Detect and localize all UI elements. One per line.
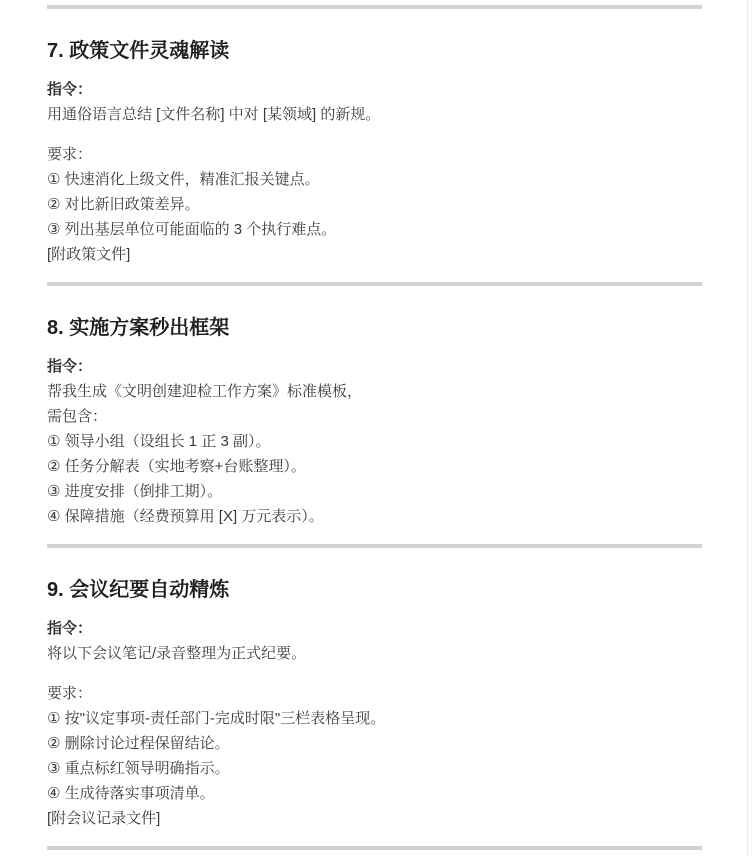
directive-label: 指令：: [47, 354, 702, 379]
requirements-paragraph: 要求： ① 按"议定事项-责任部门-完成时限"三栏表格呈现。 ② 删除讨论过程保…: [47, 681, 702, 831]
requirements-paragraph: 要求： ① 快速消化上级文件，精准汇报关键点。 ② 对比新旧政策差异。 ③ 列出…: [47, 142, 702, 267]
directive-label: 指令：: [47, 616, 702, 641]
directive-paragraph: 指令： 将以下会议笔记/录音整理为正式纪要。: [47, 616, 702, 666]
directive-line: 用通俗语言总结 [文件名称] 中对 [某领域] 的新规。: [47, 102, 702, 127]
section-8: 8. 实施方案秒出框架 指令： 帮我生成《文明创建迎检工作方案》标准模板， 需包…: [47, 316, 702, 529]
requirement-item: ② 删除讨论过程保留结论。: [47, 731, 702, 756]
requirement-item: ③ 列出基层单位可能面临的 3 个执行难点。: [47, 217, 702, 242]
requirement-item: ② 对比新旧政策差异。: [47, 192, 702, 217]
requirement-item: ① 快速消化上级文件，精准汇报关键点。: [47, 167, 702, 192]
directive-paragraph: 指令： 帮我生成《文明创建迎检工作方案》标准模板， 需包含： ① 领导小组（设组…: [47, 354, 702, 529]
attachment-note: [附政策文件]: [47, 242, 702, 267]
section-7: 7. 政策文件灵魂解读 指令： 用通俗语言总结 [文件名称] 中对 [某领域] …: [47, 39, 702, 267]
directive-item: ② 任务分解表（实地考察+台账整理）。: [47, 454, 702, 479]
section-divider: [47, 544, 702, 548]
directive-label: 指令：: [47, 77, 702, 102]
section-title: 8. 实施方案秒出框架: [47, 316, 702, 340]
attachment-note: [附会议记录文件]: [47, 806, 702, 831]
directive-item: ④ 保障措施（经费预算用 [X] 万元表示）。: [47, 504, 702, 529]
directive-item: ③ 进度安排（倒排工期）。: [47, 479, 702, 504]
directive-line: 将以下会议笔记/录音整理为正式纪要。: [47, 641, 702, 666]
document-page: 7. 政策文件灵魂解读 指令： 用通俗语言总结 [文件名称] 中对 [某领域] …: [0, 0, 752, 856]
directive-paragraph: 指令： 用通俗语言总结 [文件名称] 中对 [某领域] 的新规。: [47, 77, 702, 127]
section-divider-bottom: [47, 846, 702, 850]
directive-line: 帮我生成《文明创建迎检工作方案》标准模板，: [47, 379, 702, 404]
section-divider: [47, 282, 702, 286]
requirement-item: ④ 生成待落实事项清单。: [47, 781, 702, 806]
requirement-item: ① 按"议定事项-责任部门-完成时限"三栏表格呈现。: [47, 706, 702, 731]
directive-line: 需包含：: [47, 404, 702, 429]
requirement-item: ③ 重点标红领导明确指示。: [47, 756, 702, 781]
requirements-label: 要求：: [47, 142, 702, 167]
section-divider-top: [47, 5, 702, 9]
section-title: 9. 会议纪要自动精炼: [47, 578, 702, 602]
section-title: 7. 政策文件灵魂解读: [47, 39, 702, 63]
requirements-label: 要求：: [47, 681, 702, 706]
section-9: 9. 会议纪要自动精炼 指令： 将以下会议笔记/录音整理为正式纪要。 要求： ①…: [47, 578, 702, 831]
directive-item: ① 领导小组（设组长 1 正 3 副）。: [47, 429, 702, 454]
page-right-gutter: [747, 0, 752, 856]
